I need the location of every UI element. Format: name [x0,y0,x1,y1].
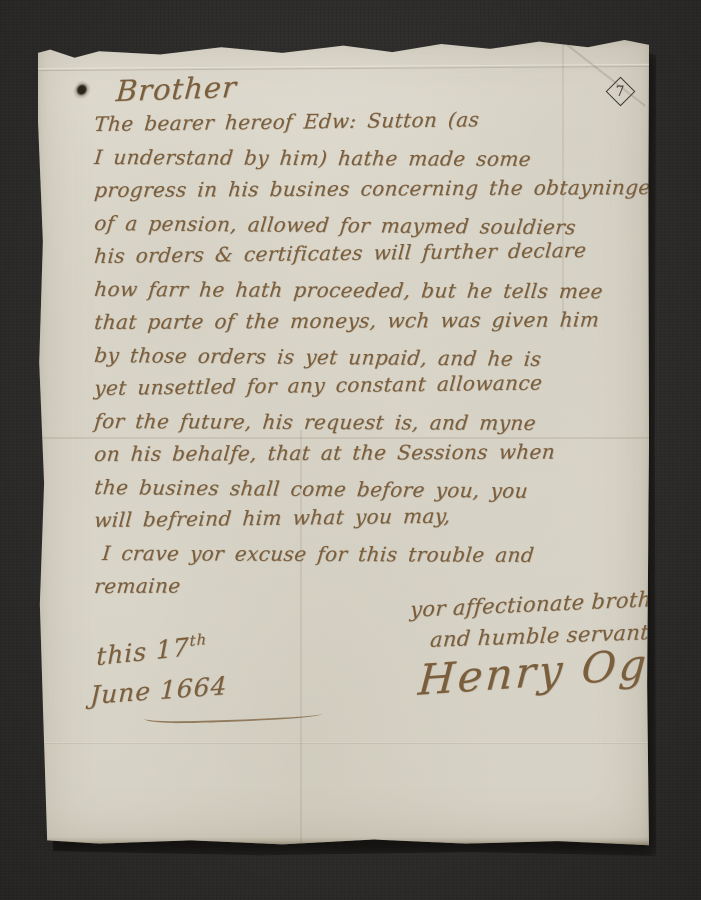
letter-page: 7 Brother The bearer hereof Edw: Sutton … [38,40,649,846]
letter-line: yet unsettled for any constant allowance [93,369,643,409]
salutation: Brother [115,70,238,108]
folio-number-mark: 7 [606,77,636,107]
crease-line [550,31,646,106]
crease-line [38,64,649,71]
letter-line: that parte of the moneys, wch was given … [93,307,644,343]
pen-flourish [144,710,322,725]
manuscript-photo: 7 Brother The bearer hereof Edw: Sutton … [0,0,701,900]
dateline-day: this 17 [96,632,189,671]
letter-line: progress in his busines concerning the o… [93,175,644,211]
letter-line: his orders & certificates will further d… [93,237,643,277]
folio-number: 7 [616,84,625,98]
letter-line: will befreind him what you may, [93,501,643,541]
dateline-ordinal-suffix: th [190,630,208,650]
letter-line: on his behalfe, that at the Sessions whe… [93,439,644,475]
crease-line [38,742,649,744]
letter-line: The bearer hereof Edw: Sutton (as [93,105,643,145]
dateline: this 17th [96,630,207,671]
pinhole-mark [70,79,93,103]
letter-body: The bearer hereof Edw: Sutton (as I unde… [94,112,642,607]
dateline-month-year: June 1664 [90,671,228,710]
